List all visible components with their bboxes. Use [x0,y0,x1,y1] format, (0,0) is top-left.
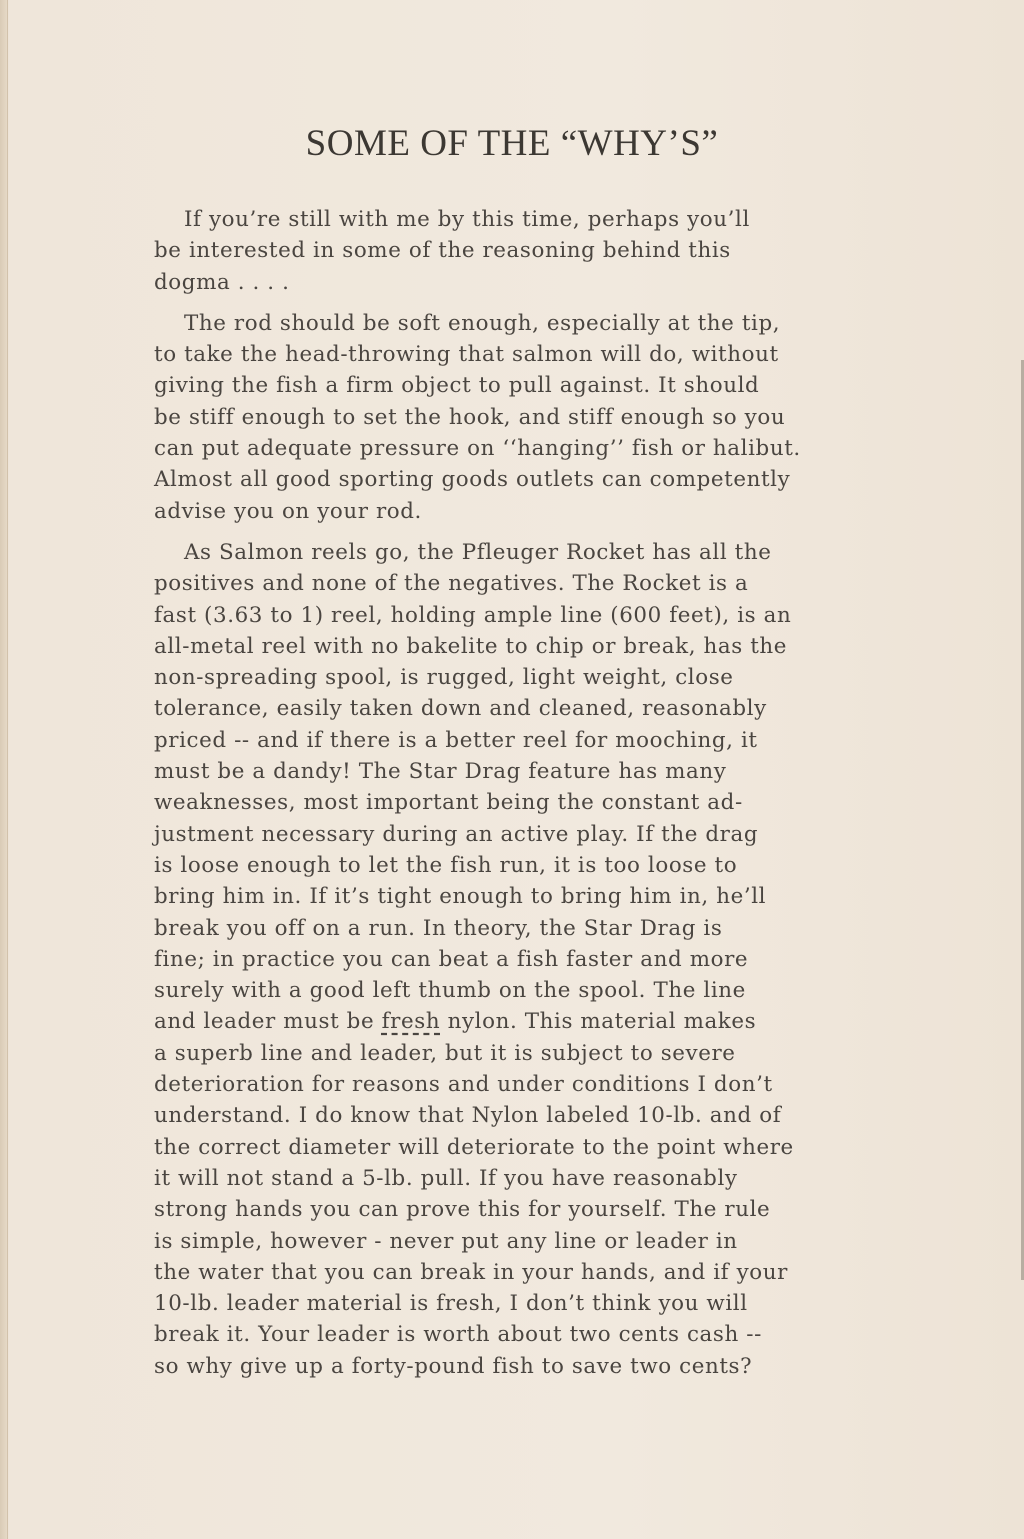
book-page: SOME OF THE “WHY’S” If you’re still with… [0,0,1024,1539]
text-line: dogma . . . . [124,267,884,298]
text-line: justment necessary during an active play… [124,819,884,850]
text-line: The rod should be soft enough, especiall… [124,308,884,339]
text-line: a superb line and leader, but it is subj… [124,1038,884,1069]
text-line: be stiff enough to set the hook, and sti… [124,402,884,433]
text-line: 10-lb. leader material is fresh, I don’t… [124,1288,884,1319]
text-line: it will not stand a 5-lb. pull. If you h… [124,1163,884,1194]
text-line: weaknesses, most important being the con… [124,787,884,818]
text-line: so why give up a forty-pound fish to sav… [124,1351,884,1382]
page-title: SOME OF THE “WHY’S” [0,122,1024,165]
text-line: non-spreading spool, is rugged, light we… [124,662,884,693]
text-line: surely with a good left thumb on the spo… [124,975,884,1006]
text-line: positives and none of the negatives. The… [124,568,884,599]
text-line: If you’re still with me by this time, pe… [124,204,884,235]
text-line: break you off on a run. In theory, the S… [124,913,884,944]
text-line: giving the fish a firm object to pull ag… [124,370,884,401]
text-line: break it. Your leader is worth about two… [124,1319,884,1350]
text-line: advise you on your rod. [124,496,884,527]
text-segment: and leader must be [154,1009,382,1034]
paragraph-intro: If you’re still with me by this time, pe… [124,204,884,298]
text-line: is simple, however - never put any line … [124,1226,884,1257]
text-line: deterioration for reasons and under cond… [124,1069,884,1100]
text-line: tolerance, easily taken down and cleaned… [124,693,884,724]
text-line: the correct diameter will deteriorate to… [124,1132,884,1163]
text-line: be interested in some of the reasoning b… [124,235,884,266]
text-line: fast (3.63 to 1) reel, holding ample lin… [124,600,884,631]
text-line: Almost all good sporting goods outlets c… [124,464,884,495]
text-line: fine; in practice you can beat a fish fa… [124,944,884,975]
text-line: to take the head-throwing that salmon wi… [124,339,884,370]
text-line-with-underline: and leader must be fresh nylon. This mat… [124,1006,884,1037]
text-line: all-metal reel with no bakelite to chip … [124,631,884,662]
page-left-edge [0,0,8,1539]
paragraph-reel-and-line: As Salmon reels go, the Pfleuger Rocket … [124,537,884,1382]
text-line: priced -- and if there is a better reel … [124,725,884,756]
text-line: strong hands you can prove this for your… [124,1194,884,1225]
text-line: As Salmon reels go, the Pfleuger Rocket … [124,537,884,568]
body-text: If you’re still with me by this time, pe… [124,204,884,1392]
text-line: is loose enough to let the fish run, it … [124,850,884,881]
text-line: the water that you can break in your han… [124,1257,884,1288]
text-segment: nylon. This material makes [440,1009,756,1034]
text-line: bring him in. If it’s tight enough to br… [124,881,884,912]
text-line: can put adequate pressure on ‘‘hanging’’… [124,433,884,464]
paragraph-rod: The rod should be soft enough, especiall… [124,308,884,527]
text-line: understand. I do know that Nylon labeled… [124,1100,884,1131]
text-line: must be a dandy! The Star Drag feature h… [124,756,884,787]
underlined-word: fresh [382,1009,441,1034]
